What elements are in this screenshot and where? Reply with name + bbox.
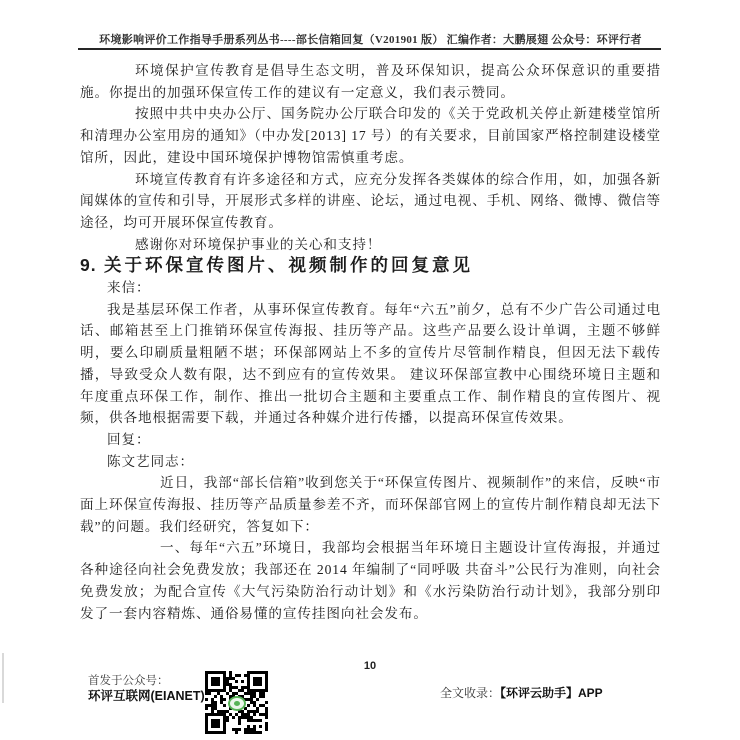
page-header: 环境影响评价工作指导手册系列丛书----部长信箱回复（V201901 版） 汇编… [80, 31, 661, 47]
section-title: 关于环保宣传图片、视频制作的回复意见 [97, 255, 473, 275]
section-heading: 9. 关于环保宣传图片、视频制作的回复意见 [80, 255, 661, 277]
paragraph: 来信： [80, 277, 661, 299]
footer-app-note: 全文收录：【环评云助手】APP [440, 684, 603, 701]
qr-code-icon [205, 671, 269, 737]
footer-app-name: 【环评云助手】APP [500, 686, 603, 700]
header-divider [78, 48, 661, 50]
document-page: 环境影响评价工作指导手册系列丛书----部长信箱回复（V201901 版） 汇编… [0, 0, 740, 740]
paragraph: 一、每年“六五”环境日，我部均会根据当年环境日主题设计宣传海报，并通过各种途径向… [80, 537, 661, 624]
footer-publisher-label: 首发于公众号： [88, 674, 205, 689]
paragraph: 感谢你对环境保护事业的关心和支持！ [80, 234, 661, 256]
footer-app-label: 全文收录： [440, 686, 500, 700]
document-body: 环境保护宣传教育是倡导生态文明，普及环保知识，提高公众环保意识的重要措施。你提出… [80, 60, 661, 624]
footer-publisher-name: 环评互联网(EIANET) [88, 689, 205, 704]
paragraph: 我是基层环保工作者，从事环保宣传教育。每年“六五”前夕，总有不少广告公司通过电话… [80, 299, 661, 429]
paragraph: 环境保护宣传教育是倡导生态文明，普及环保知识，提高公众环保意识的重要措施。你提出… [80, 60, 661, 103]
paragraph: 按照中共中央办公厅、国务院办公厅联合印发的《关于党政机关停止新建楼堂馆所和清理办… [80, 103, 661, 168]
paragraph: 环境宣传教育有许多途径和方式，应充分发挥各类媒体的综合作用，如，加强各新闻媒体的… [80, 169, 661, 234]
qr-center-logo-icon [228, 696, 246, 711]
scan-artifact [2, 653, 4, 703]
paragraph: 回复： [80, 429, 661, 451]
paragraph: 近日，我部“部长信箱”收到您关于“环保宣传图片、视频制作”的来信，反映“市面上环… [80, 472, 661, 537]
section-number: 9. [80, 255, 97, 275]
page-number: 10 [0, 660, 740, 672]
paragraph: 陈文艺同志： [80, 451, 661, 473]
footer-publisher: 首发于公众号： 环评互联网(EIANET) [88, 674, 205, 703]
